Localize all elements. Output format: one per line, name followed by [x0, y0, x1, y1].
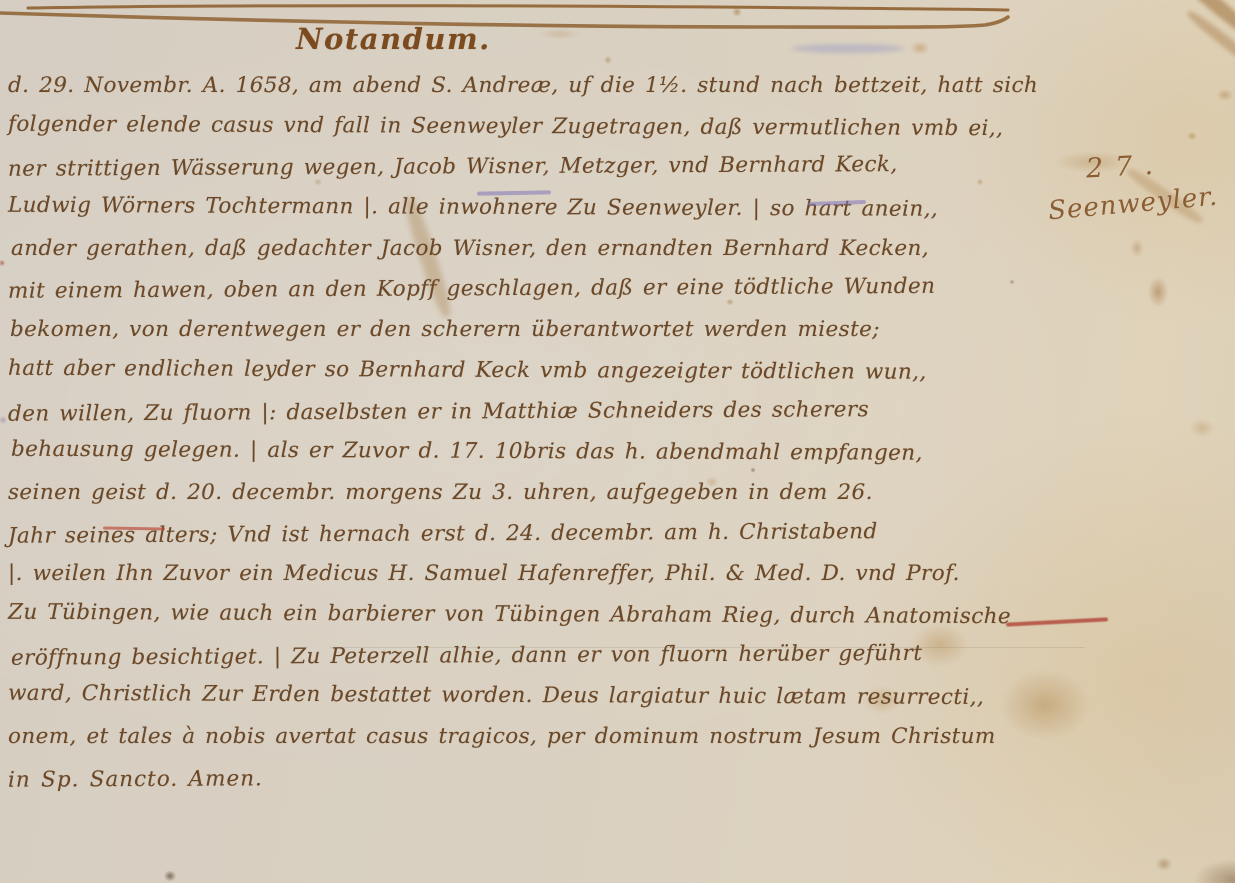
- stain-streak-top-right-2: [1185, 8, 1235, 75]
- manuscript-line: mit einem hawen, oben an den Kopff gesch…: [8, 267, 1038, 313]
- manuscript-line: in Sp. Sancto. Amen.: [8, 755, 1038, 801]
- manuscript-text: d. 29. Novembr. A. 1658, am abend S. And…: [8, 66, 1038, 798]
- manuscript-line: bekomen, von derentwegen er den scherern…: [10, 310, 1038, 351]
- manuscript-line: den willen, Zu fluorn |: daselbsten er i…: [8, 389, 1038, 435]
- manuscript-line: ward, Christlich Zur Erden bestattet wor…: [8, 674, 1038, 719]
- manuscript-line: onem, et tales à nobis avertat casus tra…: [8, 717, 1038, 758]
- manuscript-line: Zu Tübingen, wie auch ein barbierer von …: [8, 593, 1038, 638]
- manuscript-line: d. 29. Novembr. A. 1658, am abend S. And…: [8, 66, 1038, 107]
- margin-place-name: Seenweyler.: [1047, 182, 1219, 227]
- manuscript-line: folgender elende casus vnd fall in Seenw…: [8, 104, 1038, 149]
- manuscript-line: ner strittigen Wässerung wegen, Jacob Wi…: [8, 145, 1038, 191]
- top-double-rule: [0, 0, 1235, 60]
- manuscript-line: Jahr seines alters; Vnd ist hernach erst…: [8, 511, 1038, 557]
- manuscript-line: |. weilen Ihn Zuvor ein Medicus H. Samue…: [8, 554, 1038, 595]
- manuscript-line: seinen geist d. 20. decembr. morgens Zu …: [8, 473, 1038, 514]
- manuscript-line: ander gerathen, daß gedachter Jacob Wisn…: [11, 229, 1038, 270]
- manuscript-page: Notandum. d. 29. Novembr. A. 1658, am ab…: [0, 0, 1235, 883]
- manuscript-line: behausung gelegen. | als er Zuvor d. 17.…: [11, 430, 1038, 475]
- margin-entry-number: 27.: [1085, 147, 1219, 185]
- erased-pencil-smudge: [792, 44, 904, 53]
- manuscript-line: eröffnung besichtiget. | Zu Peterzell al…: [11, 633, 1038, 679]
- manuscript-line: Ludwig Wörners Tochtermann |. alle inwoh…: [8, 186, 1038, 231]
- manuscript-line: hatt aber endlichen leyder so Bernhard K…: [8, 349, 1038, 394]
- margin-note: 27. Seenweyler.: [1048, 150, 1218, 219]
- page-title: Notandum.: [296, 22, 491, 56]
- stain-streak-top-right: [1150, 0, 1235, 43]
